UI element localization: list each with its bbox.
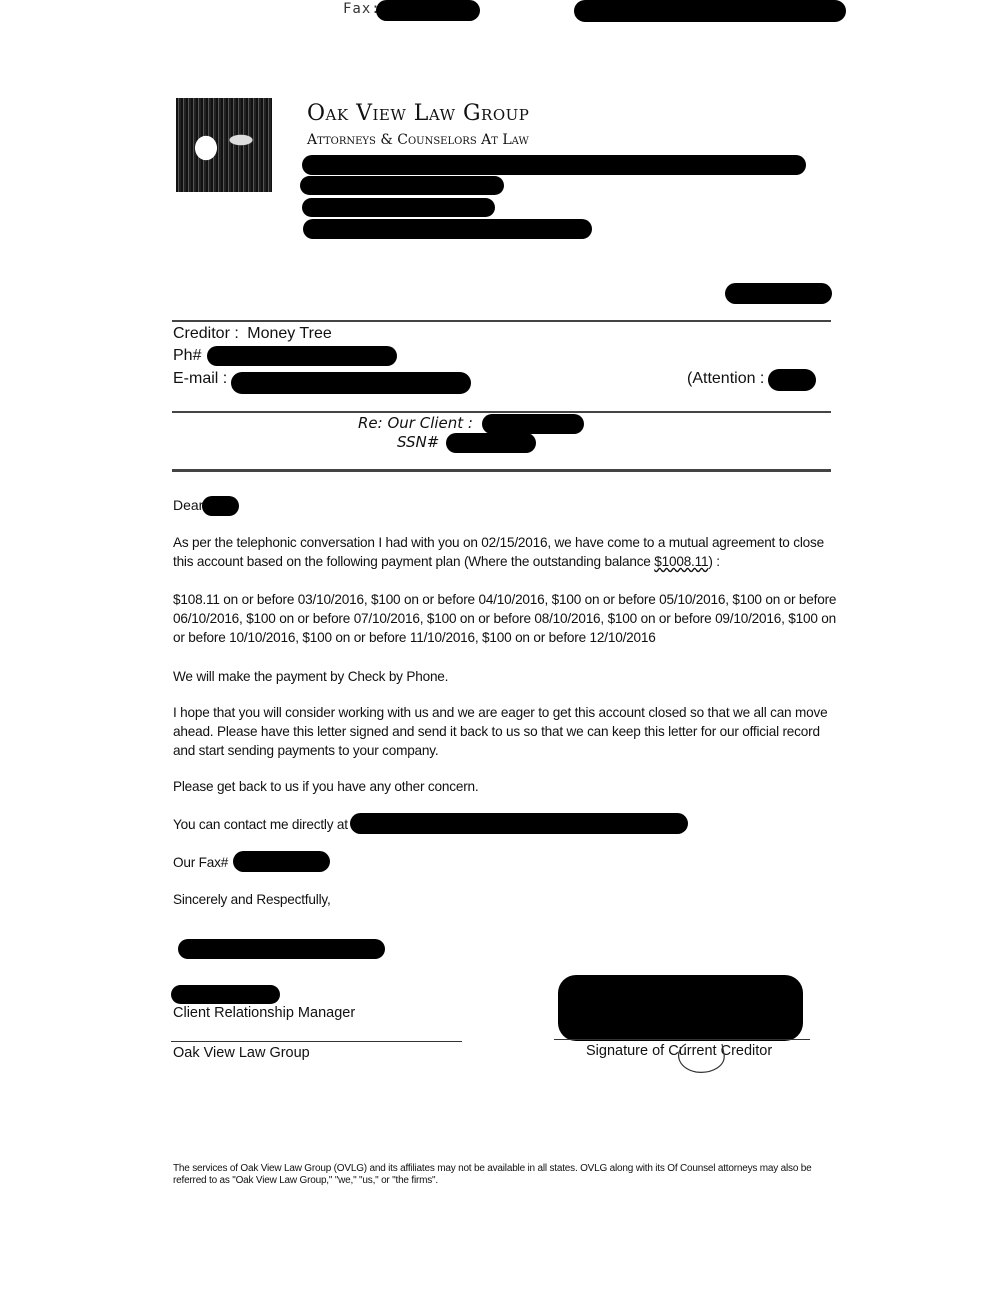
divider-middle — [172, 411, 831, 413]
redacted-address-line-1 — [302, 155, 806, 175]
redacted-client-name — [482, 414, 584, 434]
attention-label: (Attention : — [687, 370, 764, 388]
redacted-ssn — [446, 433, 536, 453]
redacted-fax-number — [376, 0, 480, 21]
payment-plan-paragraph: $108.11 on or before 03/10/2016, $100 on… — [173, 590, 838, 647]
ssn-label: SSN# — [397, 433, 439, 451]
creditor-label-text: Creditor : — [173, 325, 239, 342]
footer-disclaimer: The services of Oak View Law Group (OVLG… — [173, 1163, 838, 1187]
firm-name: Oak View Law Group — [307, 101, 529, 126]
phone-label: Ph# — [173, 347, 201, 365]
concern-paragraph: Please get back to us if you have any ot… — [173, 777, 838, 796]
salutation: Dear — [173, 497, 203, 513]
redacted-sender-name — [171, 985, 280, 1004]
redacted-recipient-name — [202, 496, 239, 516]
re-client-label: Re: Our Client : — [358, 414, 473, 432]
courthouse-photo-logo-icon — [176, 98, 272, 192]
firm-tagline: Attorneys & Counselors At Law — [307, 132, 529, 148]
redacted-address-line-3 — [302, 198, 495, 217]
redacted-creditor-signature — [558, 975, 803, 1041]
hope-paragraph: I hope that you will consider working wi… — [173, 703, 838, 760]
creditor-name: Money Tree — [247, 325, 331, 342]
email-label: E-mail : — [173, 370, 227, 388]
divider-top — [172, 320, 831, 322]
agreement-paragraph: As per the telephonic conversation I had… — [173, 533, 838, 571]
redacted-attention-name — [768, 369, 816, 391]
agreement-text-start: As per the telephonic conversation I had… — [173, 535, 824, 569]
closing-line: Sincerely and Respectfully, — [173, 890, 838, 909]
agreement-text-end: ) : — [708, 554, 719, 569]
redacted-contact-info — [350, 813, 688, 834]
sender-firm: Oak View Law Group — [173, 1045, 310, 1061]
creditor-label: Creditor : Money Tree — [173, 325, 332, 343]
redacted-fax-header-info — [574, 0, 846, 22]
redacted-date — [725, 283, 832, 304]
redacted-our-fax — [233, 851, 330, 872]
handwritten-loop-mark — [672, 1040, 732, 1076]
sender-signature-line — [171, 1041, 462, 1042]
redacted-address-line-2 — [300, 176, 504, 195]
outstanding-balance: $1008.11 — [654, 554, 708, 569]
payment-method-paragraph: We will make the payment by Check by Pho… — [173, 667, 838, 686]
redacted-sender-signature — [178, 939, 385, 959]
sender-title: Client Relationship Manager — [173, 1005, 355, 1021]
redacted-phone — [207, 346, 397, 366]
divider-bottom — [172, 469, 831, 472]
redacted-email — [231, 372, 471, 394]
redacted-address-line-4 — [303, 219, 592, 239]
